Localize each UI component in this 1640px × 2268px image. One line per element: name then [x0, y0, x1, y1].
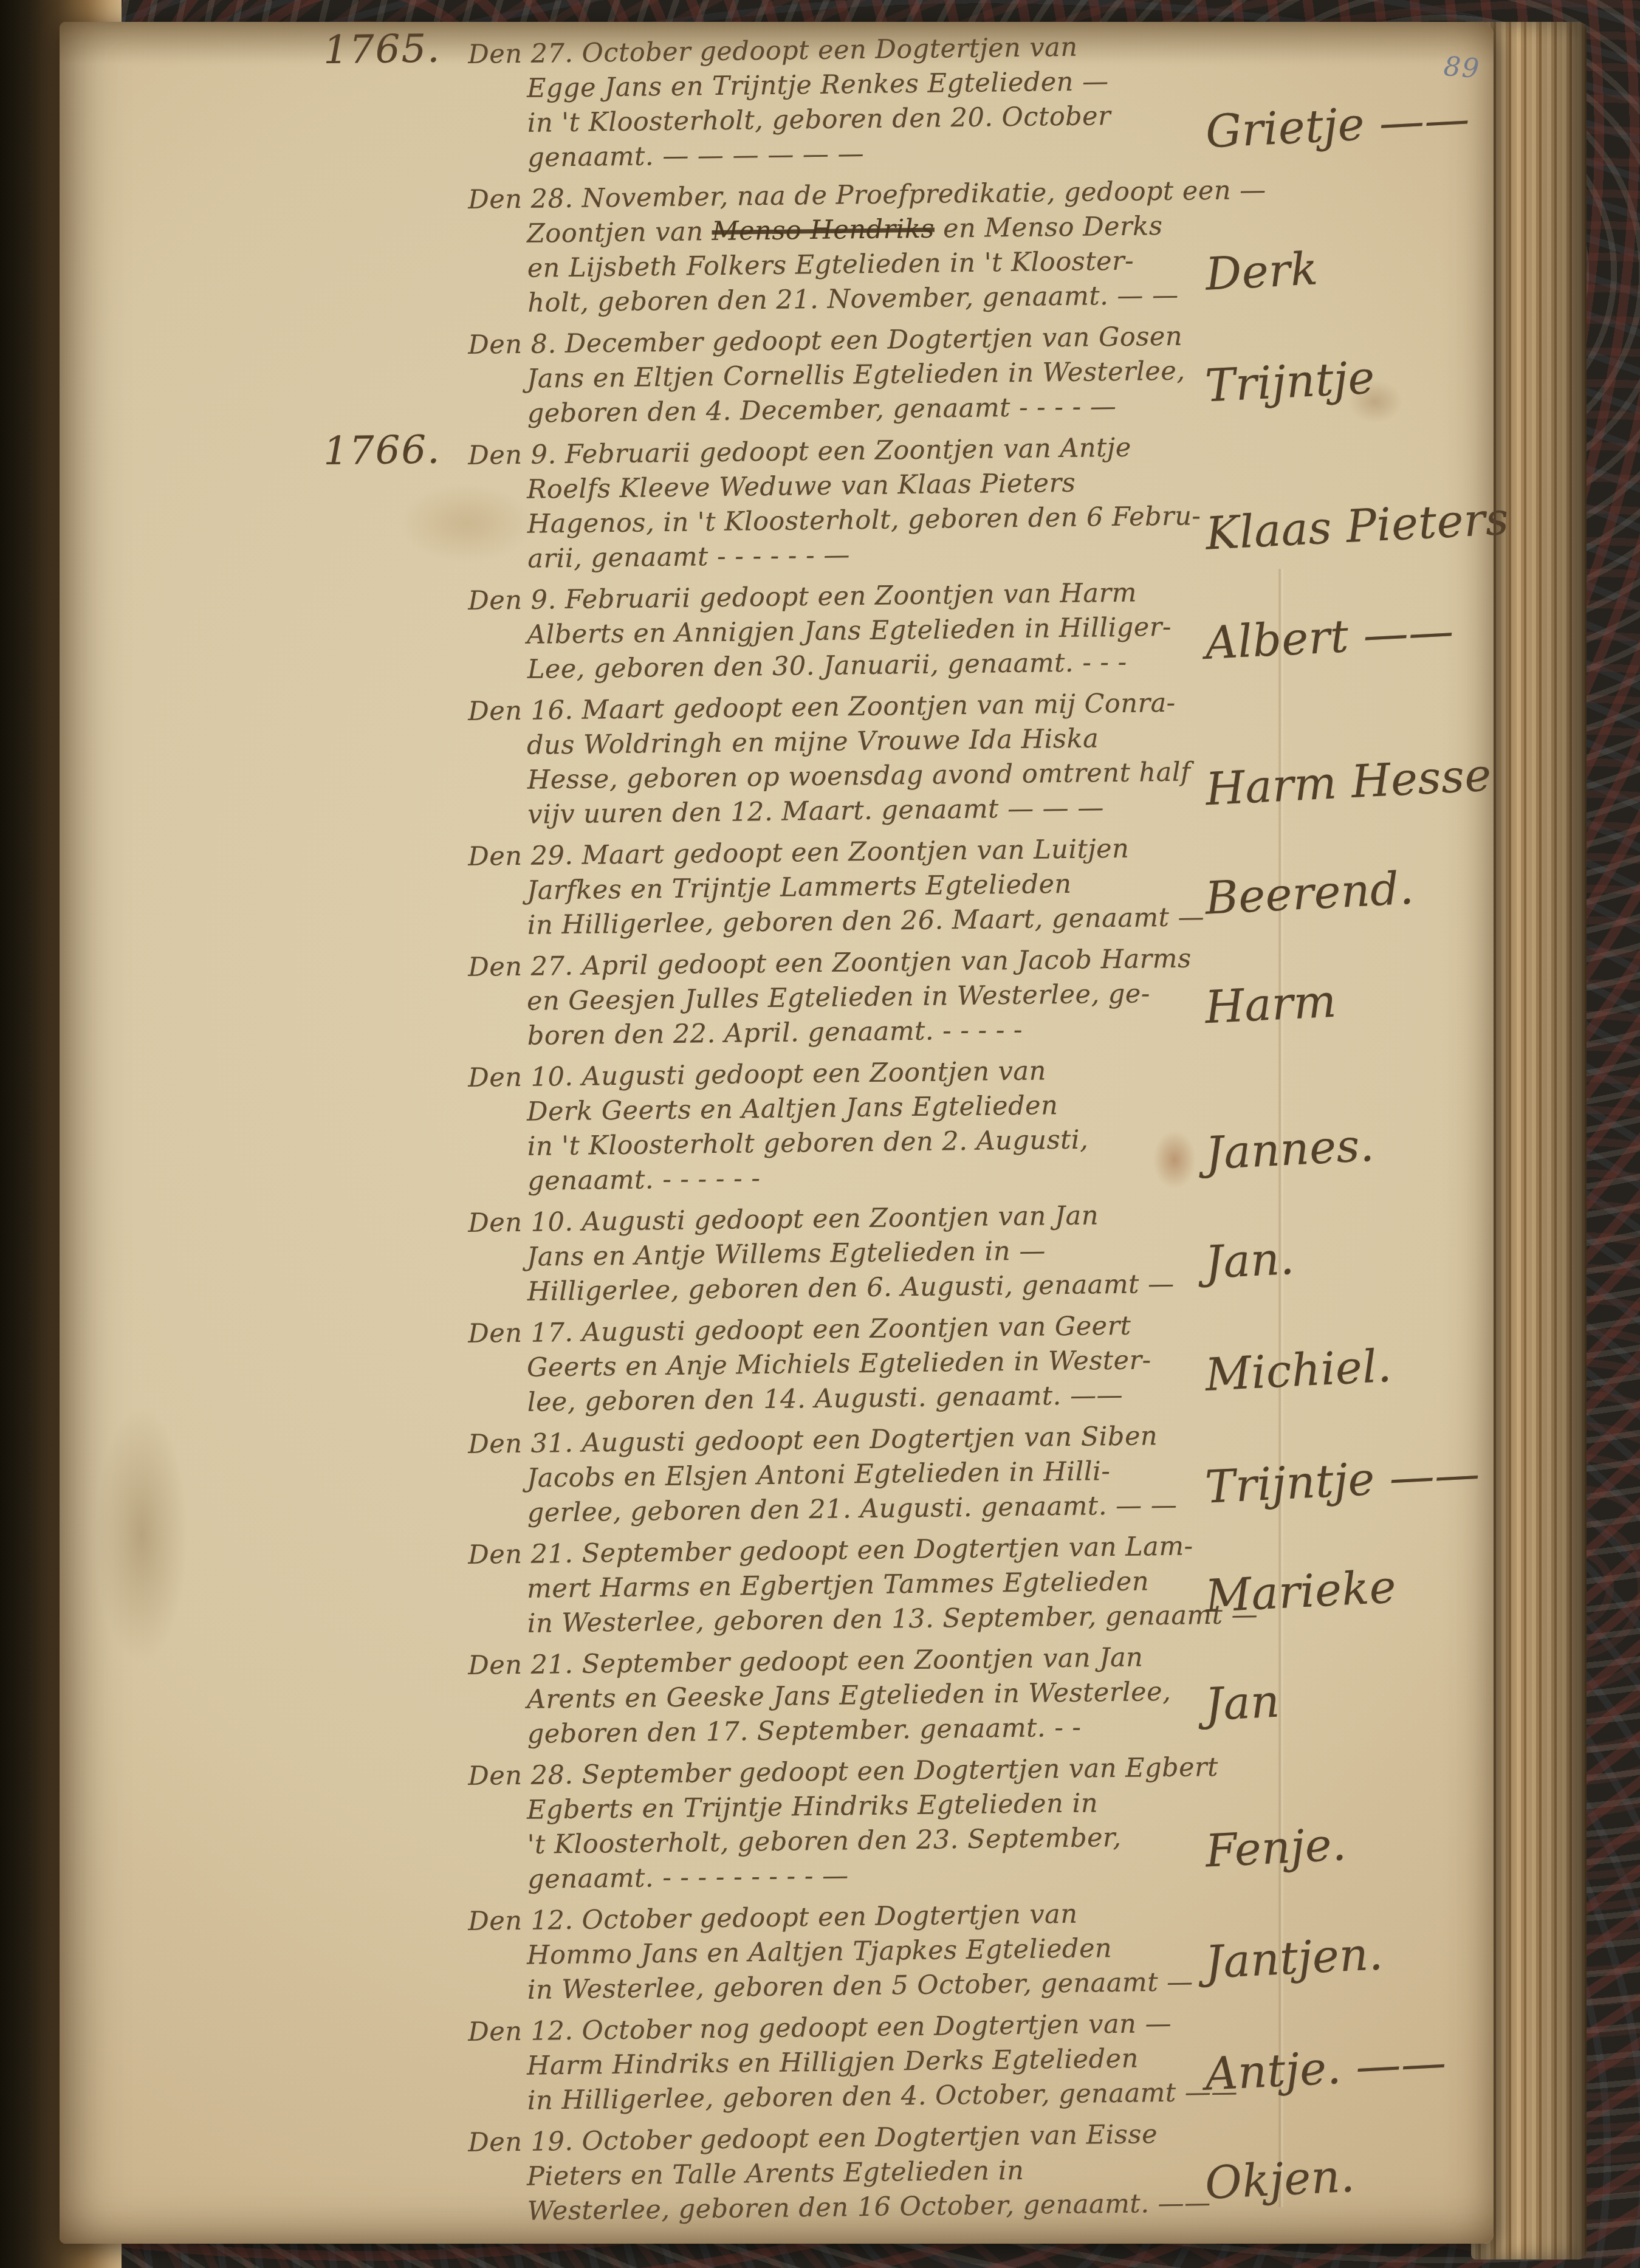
baptism-entry: Den 31. Augusti gedoopt een Dogtertjen v…	[468, 1415, 1496, 1531]
baptism-entry: Den 10. Augusti gedoopt een Zoontjen van…	[468, 1194, 1496, 1310]
baptism-name: Antje. ——	[1204, 2038, 1447, 2099]
baptism-entry: 1766.Den 9. Februarii gedoopt een Zoontj…	[468, 426, 1497, 577]
baptism-entry: Den 8. December gedoopt een Dogtertjen v…	[468, 315, 1496, 432]
baptism-name: Harm	[1204, 977, 1337, 1032]
struck-text: Menso Hendriks	[712, 214, 935, 247]
book-photo: { "page_number": "89", "entries": [ { "y…	[0, 0, 1640, 2268]
paper-stain	[96, 1407, 187, 1663]
baptism-entry: Den 9. Februarii gedoopt een Zoontjen va…	[468, 571, 1496, 688]
baptism-entry: Den 16. Maart gedoopt een Zoontjen van m…	[468, 682, 1497, 833]
year-label: 1766.	[323, 433, 441, 469]
baptism-name: Albert ——	[1204, 607, 1455, 668]
manuscript-page: 89 1765.Den 27. October gedoopt een Dogt…	[60, 22, 1494, 2244]
baptism-entry: Den 19. October gedoopt een Dogtertjen v…	[468, 2113, 1496, 2230]
baptism-name: Derk	[1204, 244, 1319, 298]
baptism-name: Marieke	[1204, 1562, 1398, 1621]
baptism-name: Beerend.	[1204, 864, 1415, 923]
baptism-name: Michiel.	[1204, 1342, 1393, 1400]
baptism-entry: Den 12. October nog gedoopt een Dogtertj…	[468, 2002, 1496, 2119]
baptism-name: Trijntje	[1204, 353, 1376, 410]
baptism-entry: Den 10. Augusti gedoopt een Zoontjen van…	[468, 1048, 1497, 1200]
baptism-name: Fenje.	[1204, 1820, 1348, 1876]
baptism-entry: Den 21. September gedoopt een Dogtertjen…	[468, 1525, 1496, 1642]
baptism-entry: Den 29. Maart gedoopt een Zoontjen van L…	[468, 827, 1496, 944]
baptism-entry: 1765.Den 27. October gedoopt een Dogtert…	[468, 25, 1497, 176]
baptism-name: Jannes.	[1204, 1121, 1376, 1178]
year-label: 1765.	[323, 32, 441, 68]
baptism-name: Jan	[1204, 1677, 1281, 1729]
baptism-name: Jantjen.	[1204, 1930, 1384, 1987]
baptism-name: Okjen.	[1204, 2151, 1356, 2207]
baptism-entry: Den 28. September gedoopt een Dogtertjen…	[468, 1747, 1497, 1898]
baptism-entry: Den 27. April gedoopt een Zoontjen van J…	[468, 938, 1496, 1054]
baptism-entry: Den 17. Augusti gedoopt een Zoontjen van…	[468, 1304, 1496, 1421]
entries: 1765.Den 27. October gedoopt een Dogtert…	[468, 38, 1495, 2236]
baptism-entry: Den 12. October gedoopt een Dogtertjen v…	[468, 1892, 1496, 2009]
baptism-entry: Den 28. November, naa de Proefpredikatie…	[468, 170, 1497, 321]
baptism-name: Jan.	[1204, 1234, 1295, 1287]
baptism-entry: Den 21. September gedoopt een Zoontjen v…	[468, 1636, 1496, 1753]
